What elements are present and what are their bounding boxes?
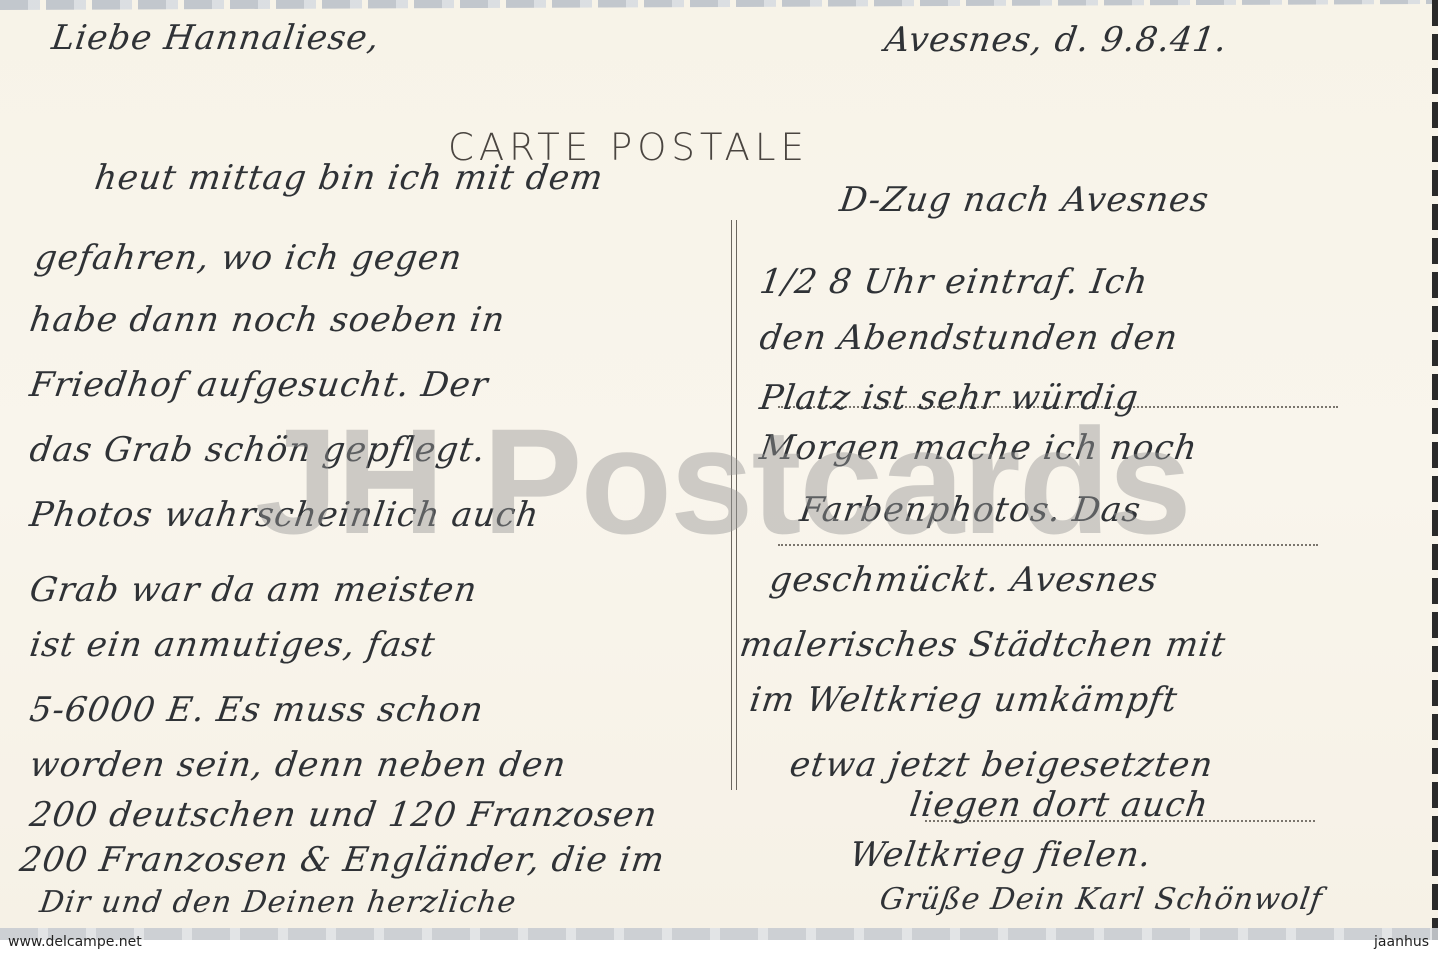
message-line: liegen dort auch [907, 785, 1211, 825]
message-line: 1/2 8 Uhr eintraf. Ich [757, 262, 1151, 302]
message-line: 5-6000 E. Es muss schon [27, 690, 486, 730]
greeting: Liebe Hannaliese, [49, 18, 382, 58]
place-date: Avesnes, d. 9.8.41. [882, 20, 1230, 60]
message-line: D-Zug nach Avesnes [837, 180, 1211, 220]
footer-strip [0, 940, 1445, 954]
message-line: Weltkrieg fielen. [847, 835, 1154, 875]
deckled-edge-top [0, 0, 1438, 10]
message-line: etwa jetzt beigesetzten [787, 745, 1216, 785]
deckled-edge-bottom [0, 928, 1438, 940]
message-line: 200 deutschen und 120 Franzosen [27, 795, 660, 835]
message-line: malerisches Städtchen mit [737, 625, 1228, 665]
delcampe-link[interactable]: www.delcampe.net [8, 934, 142, 950]
postcard-back: Liebe Hannaliese, Avesnes, d. 9.8.41. CA… [0, 0, 1438, 940]
message-line: gefahren, wo ich gegen [32, 238, 465, 278]
message-line: Grab war da am meisten [27, 570, 480, 610]
seller-name: jaanhus [1374, 934, 1429, 950]
message-line: im Weltkrieg umkämpft [747, 680, 1180, 720]
message-line: 200 Franzosen & Engländer, die im [17, 840, 667, 880]
deckled-edge-right [1432, 0, 1438, 940]
watermark: JH Postcards [255, 395, 1190, 568]
message-line: Grüße Dein Karl Schönwolf [878, 882, 1325, 917]
message-line: habe dann noch soeben in [27, 300, 508, 340]
message-line: den Abendstunden den [757, 318, 1181, 358]
message-line: ist ein anmutiges, fast [27, 625, 438, 665]
message-line: heut mittag bin ich mit dem [92, 158, 606, 198]
message-line: worden sein, denn neben den [27, 745, 569, 785]
message-line: Dir und den Deinen herzliche [38, 885, 519, 920]
